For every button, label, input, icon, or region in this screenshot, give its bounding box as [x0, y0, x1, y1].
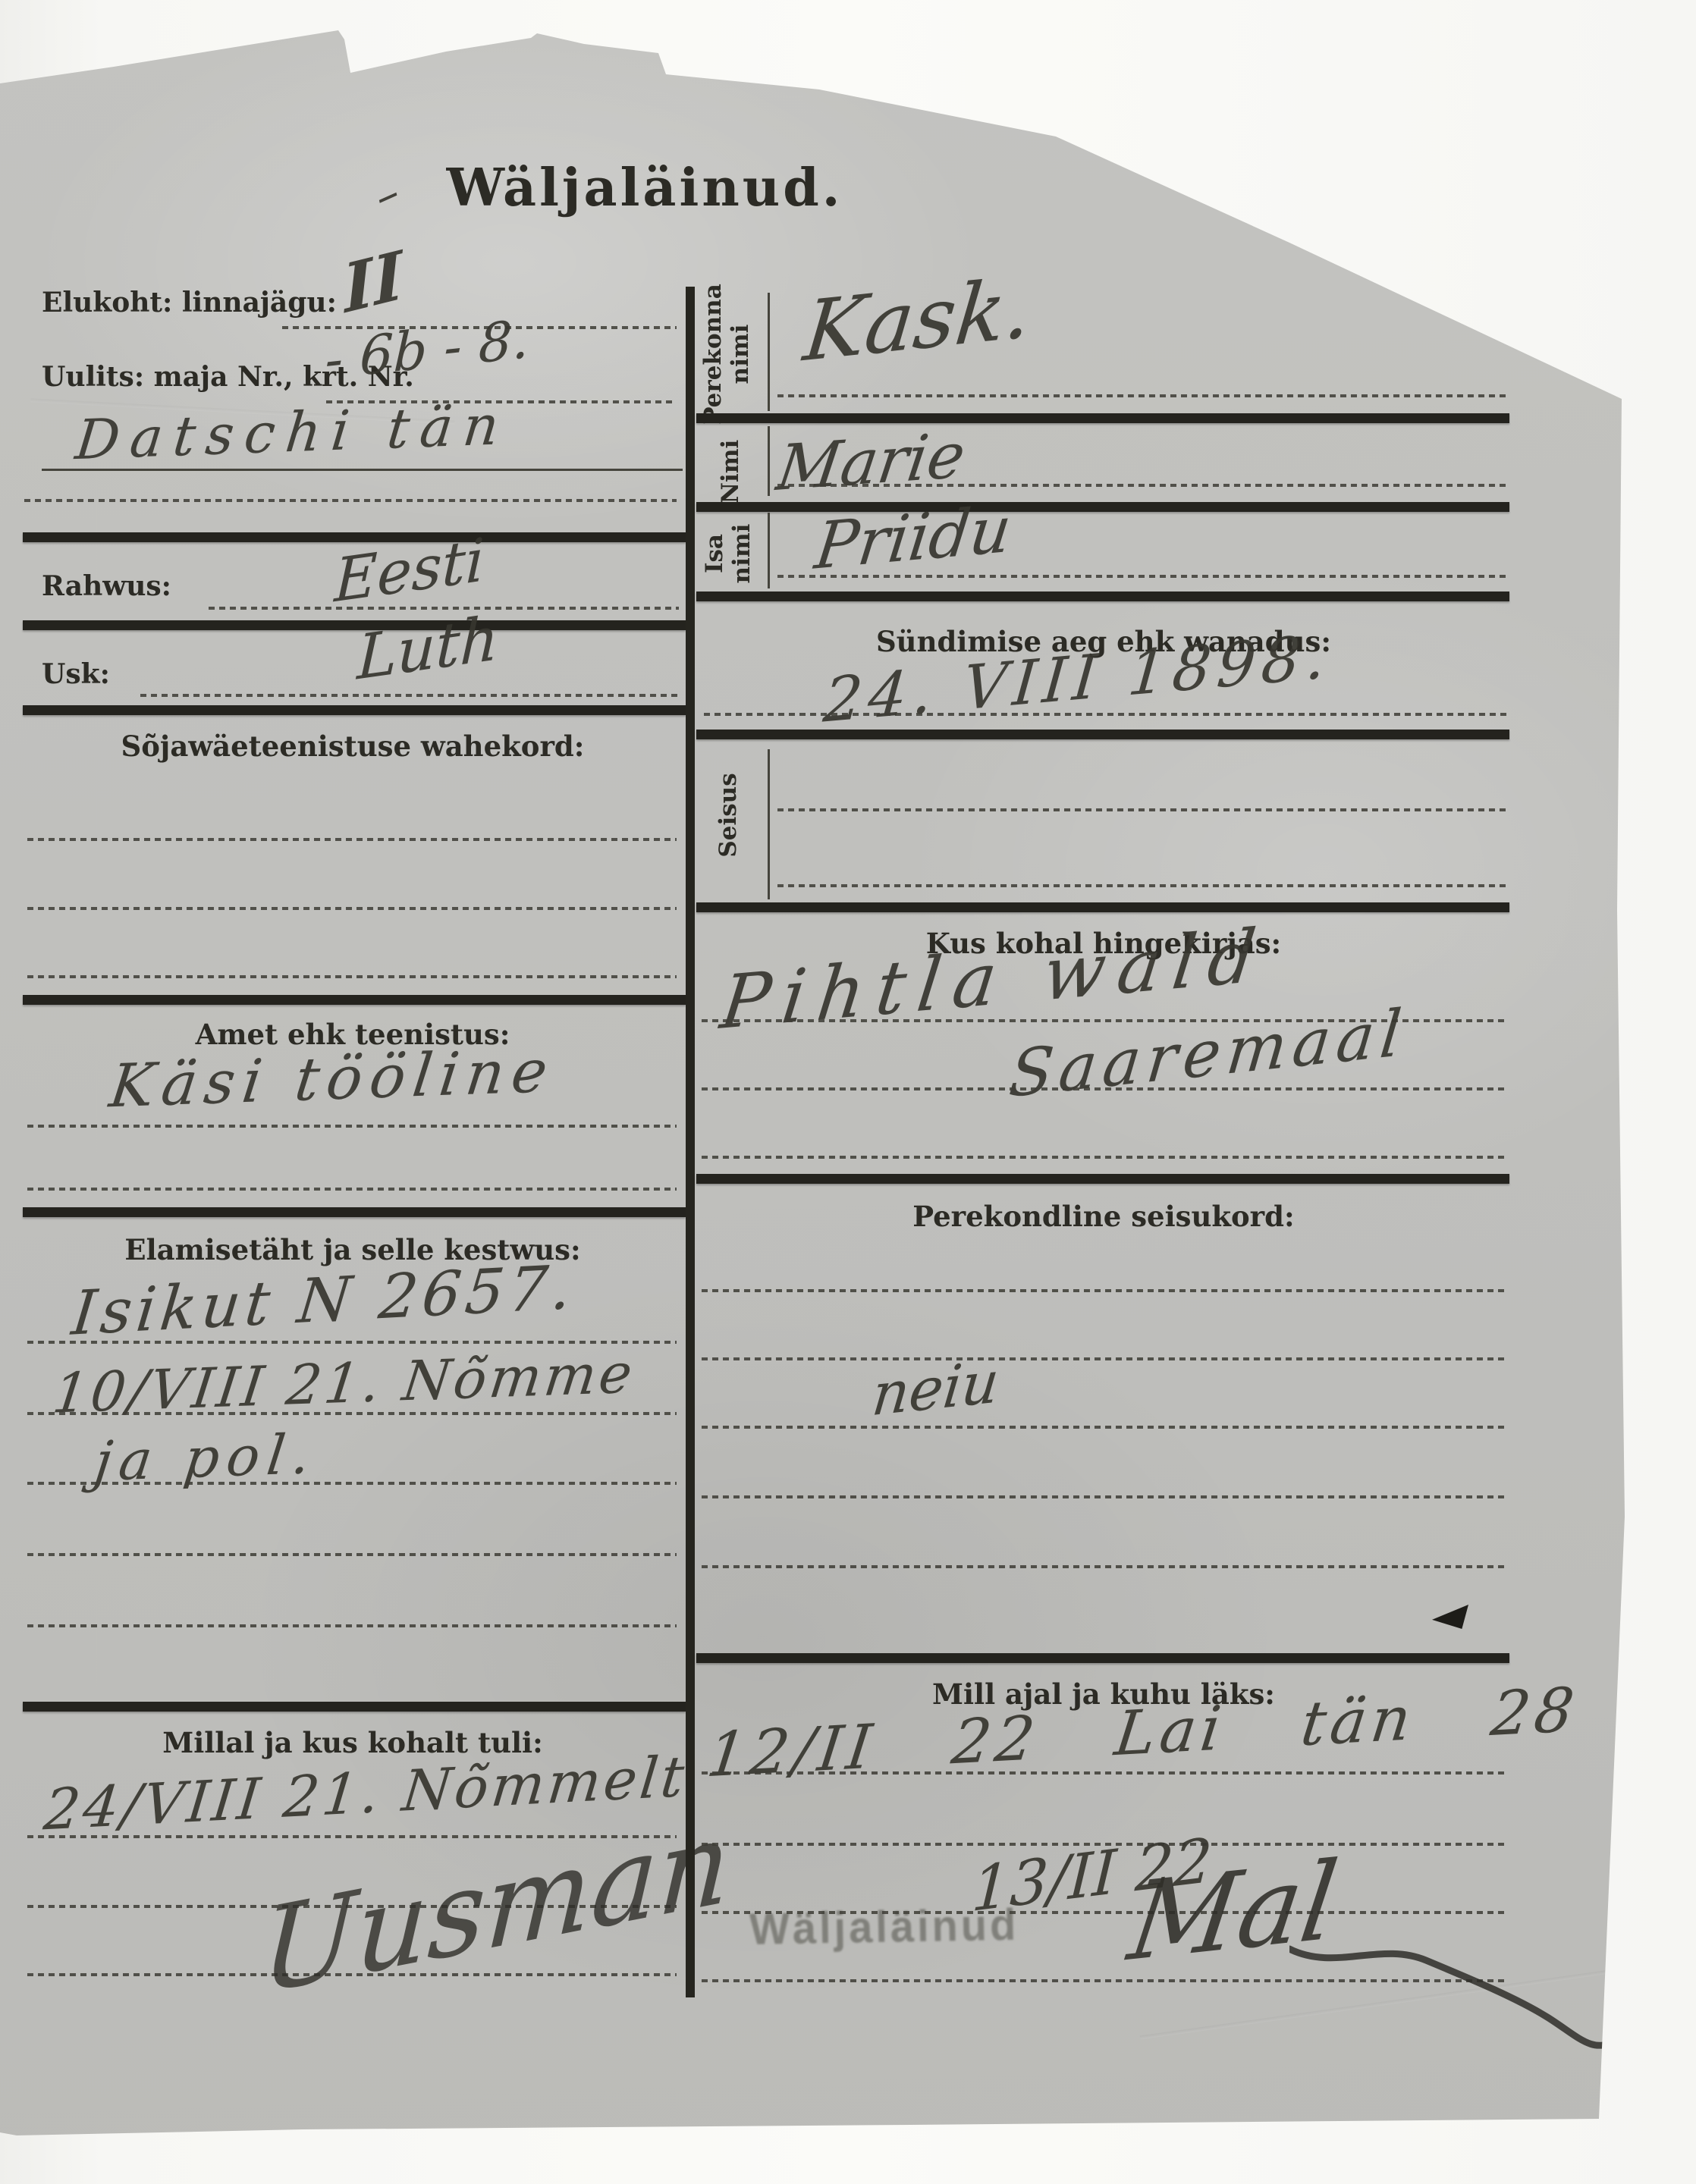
row-label-isa-nimi: Isa nimi [702, 512, 762, 595]
departure-stamp: Wäljaläinud [749, 1898, 1019, 1954]
rule-thick [23, 1702, 686, 1712]
field-label-rahwus: Rahwus: [42, 570, 171, 602]
rule-dotted [702, 1156, 1507, 1159]
rule-thick [23, 620, 686, 630]
rule-thick [696, 591, 1509, 601]
rule-thick [696, 413, 1509, 423]
rule-dotted [702, 1911, 1507, 1914]
paper-crease [1128, 142, 1694, 409]
rule-dotted [27, 1412, 677, 1415]
rule-dotted [702, 1426, 1507, 1429]
rule-dotted [704, 713, 1508, 716]
rule-dotted [702, 1771, 1507, 1774]
rule-dotted [777, 884, 1507, 887]
rule-dotted [27, 1188, 677, 1191]
rule-dotted [27, 975, 677, 978]
rule-dotted [777, 575, 1507, 578]
section-heading-sojawae: Sõjawäeteenistuse wahekord: [27, 730, 679, 763]
rule-dotted [702, 1357, 1507, 1360]
rule-thick [696, 502, 1509, 512]
rule-dotted [27, 907, 677, 910]
label-separator [768, 513, 770, 588]
column-divider [686, 287, 695, 1997]
field-label-elukoht: Elukoht: linnajägu: [42, 287, 337, 318]
label-separator [768, 749, 770, 899]
rule-dotted [27, 1482, 677, 1485]
rule-dotted [702, 1087, 1507, 1090]
field-value-perekonna-nimi: Kask. [799, 260, 1036, 380]
rule-dotted [702, 1495, 1507, 1498]
rule-dotted [140, 694, 679, 697]
section-heading-elamisetaht: Elamisetäht ja selle kestwus: [27, 1233, 679, 1266]
row-label-nimi: Nimi [718, 438, 751, 506]
field-value-usk: Luth [356, 602, 500, 694]
rule-dotted [27, 1553, 677, 1556]
document-paper: – Wäljaläinud. Elukoht: linnajägu: II Uu… [0, 0, 1696, 2184]
page-title: Wäljaläinud. [228, 158, 1062, 218]
rule-solid [42, 469, 683, 471]
rule-dotted [209, 607, 679, 610]
field-label-usk: Usk: [42, 658, 110, 690]
row-label-perekonna-nimi: Perekonna nimi [700, 278, 764, 430]
rule-dotted [27, 838, 677, 841]
field-value-nimi: Marie [773, 419, 970, 505]
rule-thick [23, 532, 686, 542]
rule-thick [696, 902, 1509, 912]
rule-thick [696, 1174, 1509, 1184]
label-separator [768, 293, 770, 411]
field-value-perekondline: neiu [869, 1348, 1003, 1429]
rule-dotted [27, 1125, 677, 1128]
rule-thick [23, 705, 686, 715]
rule-dotted [702, 1289, 1507, 1292]
rule-dotted [777, 394, 1507, 397]
label-separator [768, 426, 770, 496]
field-value-elukoht: II [341, 237, 406, 329]
rule-dotted [27, 1624, 677, 1627]
rule-thick [23, 1207, 686, 1217]
signature-flourish [1289, 1926, 1696, 2078]
row-label-seisus: Seisus [715, 762, 749, 868]
rule-dotted [777, 484, 1507, 487]
rule-dotted [702, 1565, 1507, 1568]
section-heading-perekondline: Perekondline seisukord: [698, 1200, 1509, 1233]
rule-thick [23, 995, 686, 1005]
rule-thick [696, 1653, 1509, 1663]
rule-dotted [777, 808, 1507, 811]
rule-dotted [24, 499, 677, 502]
ink-blot [1432, 1605, 1468, 1629]
rule-thick [696, 730, 1509, 739]
scanned-document: { "header": { "dash": "–", "title": "Wäl… [0, 0, 1696, 2184]
